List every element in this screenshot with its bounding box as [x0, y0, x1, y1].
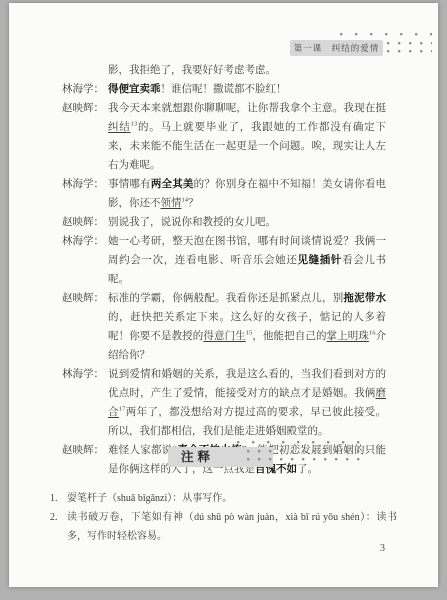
speaker-name: 林海学： — [62, 175, 104, 194]
dots-ornament — [237, 441, 365, 446]
speaker-name: 林海学： — [62, 232, 104, 251]
dialogue-turn: 林海学：说到爱情和婚姻的关系，我是这么看的，当我们看到对方的优点时，产生了爱情，… — [62, 365, 386, 441]
dialogue: 影，我拒绝了，我要好好考虑考虑。林海学：得便宜卖乖！谁信呢！撒谎都不脸红！赵映辉… — [62, 61, 386, 479]
glossed-term: 得意门生 — [203, 331, 245, 342]
note-number: 2. — [50, 508, 58, 527]
dialogue-text: 别说我了，说说你和教授的女儿吧。 — [108, 217, 276, 228]
dialogue-turn: 赵映辉：别说我了，说说你和教授的女儿吧。 — [62, 213, 386, 232]
glossed-term: 掌上明珠 — [327, 331, 369, 342]
dialogue-turn: 林海学：她一心考研，整天泡在图书馆，哪有时间谈情说爱？我俩一周约会一次，连看电影… — [62, 232, 386, 289]
dialogue-turn: 林海学：得便宜卖乖！谁信呢！撒谎都不脸红！ — [62, 80, 386, 99]
dialogue-text: ！谁信呢！撒谎都不脸红！ — [161, 84, 287, 95]
note-number: 1. — [50, 489, 58, 508]
speaker-name: 赵映辉： — [62, 213, 104, 232]
speaker-name: 林海学： — [62, 80, 104, 99]
dialogue-turn: 林海学：事情哪有两全其美的？你别身在福中不知福！美女请你看电影，你还不领情14？ — [62, 175, 386, 213]
note-text: 耍笔杆子（shuǎ bǐgǎnzi）：从事写作。 — [67, 493, 232, 504]
dialogue-text: 事情哪有 — [108, 179, 151, 190]
glossed-term: 领情 — [161, 198, 182, 209]
lesson-header: 第一课 纠结的爱情 — [290, 40, 383, 56]
dots-ornament — [247, 450, 367, 465]
notes-header-label: 注释 — [181, 450, 214, 464]
notes-list: 1.耍笔杆子（shuǎ bǐgǎnzi）：从事写作。2.读书破万卷，下笔如有神（… — [50, 489, 397, 546]
dialogue-text: ，他能把自己的 — [252, 331, 326, 342]
note-text: 读书破万卷，下笔如有神（dú shū pò wàn juàn，xià bǐ rú… — [67, 512, 397, 542]
dialogue-text: 两年了，都没想给对方提过高的要求，早已彼此接受。所以，我们都相信，我们是能走进婚… — [108, 407, 386, 437]
speaker-name: 赵映辉： — [62, 289, 104, 308]
bold-idiom: 两全其美 — [151, 179, 194, 190]
dots-ornament — [387, 42, 432, 56]
glossed-term: 纠结 — [108, 122, 131, 133]
bold-idiom: 得便宜卖乖 — [108, 84, 161, 95]
speaker-name: 林海学： — [62, 365, 104, 384]
dialogue-text: 说到爱情和婚姻的关系，我是这么看的，当我们看到对方的优点时，产生了爱情，能接受对… — [108, 369, 386, 399]
textbook-page: 第一课 纠结的爱情 影，我拒绝了，我要好好考虑考虑。林海学：得便宜卖乖！谁信呢！… — [9, 3, 438, 587]
dialogue-text: ？ — [188, 198, 199, 209]
speaker-name: 赵映辉： — [62, 99, 104, 118]
dialogue-turn: 赵映辉：标准的学霸，你俩般配。我看你还是抓紧点儿，别拖泥带水的，赶快把关系定下来… — [62, 289, 386, 365]
bold-idiom: 见缝插针 — [297, 255, 342, 266]
dialogue-text: 影，我拒绝了，我要好好考虑考虑。 — [108, 65, 276, 76]
dialogue-text: 标准的学霸，你俩般配。我看你还是抓紧点儿，别 — [108, 293, 343, 304]
note-item: 2.读书破万卷，下笔如有神（dú shū pò wàn juàn，xià bǐ … — [50, 508, 397, 546]
page-frame: 第一课 纠结的爱情 影，我拒绝了，我要好好考虑考虑。林海学：得便宜卖乖！谁信呢！… — [0, 0, 447, 600]
dialogue-text: 的。马上就要毕业了，我跟她的工作都没有确定下来，未来能不能生活在一起更是一个问题… — [108, 122, 386, 171]
notes-section: 注释 1.耍笔杆子（shuǎ bǐgǎnzi）：从事写作。2.读书破万卷，下笔如… — [9, 447, 438, 582]
dialogue-turn: 赵映辉：我今天本来就想跟你聊聊呢，让你帮我拿个主意。我现在挺纠结13的。马上就要… — [62, 99, 386, 175]
dialogue-text: 我今天本来就想跟你聊聊呢，让你帮我拿个主意。我现在挺 — [108, 103, 386, 114]
page-number: 3 — [380, 543, 385, 554]
lesson-header-label: 第一课 纠结的爱情 — [294, 43, 380, 53]
dots-ornament — [340, 33, 432, 38]
bold-idiom: 拖泥带水 — [343, 293, 386, 304]
note-item: 1.耍笔杆子（shuǎ bǐgǎnzi）：从事写作。 — [50, 489, 397, 508]
dialogue-turn: 影，我拒绝了，我要好好考虑考虑。 — [62, 61, 386, 80]
